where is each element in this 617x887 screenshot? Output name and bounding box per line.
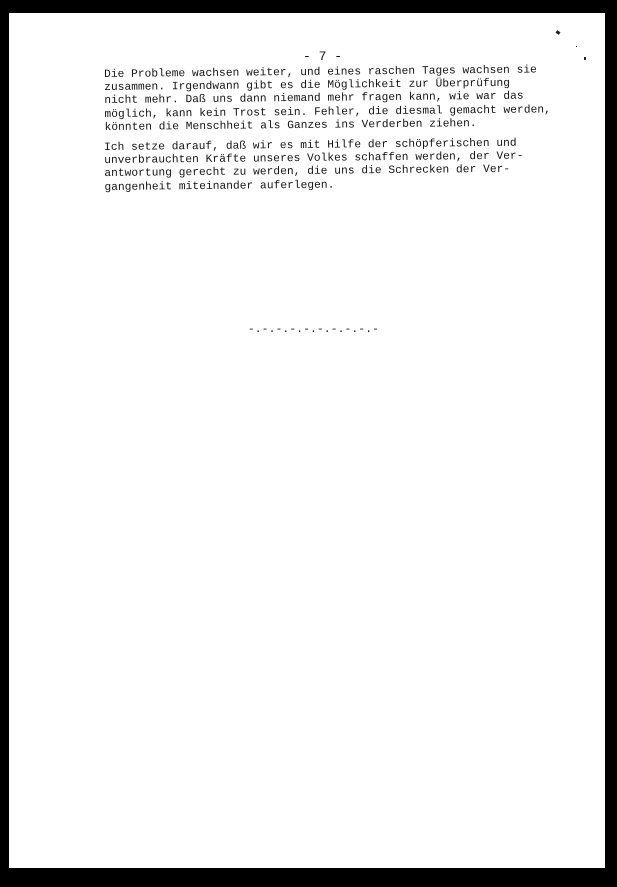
document-page: - 7 - Die Probleme wachsen weiter, und e… (9, 13, 605, 868)
end-separator: -.-.-.-.-.-.-.-.-.- (248, 324, 379, 336)
scan-speck (584, 57, 586, 60)
scan-speck (576, 46, 577, 47)
paragraph-2: Ich setze darauf, daß wir es mit Hilfe d… (104, 137, 575, 195)
paragraph-1: Die Probleme wachsen weiter, und eines r… (104, 64, 575, 135)
page-number: - 7 - (303, 49, 342, 64)
scan-speck (556, 30, 561, 35)
